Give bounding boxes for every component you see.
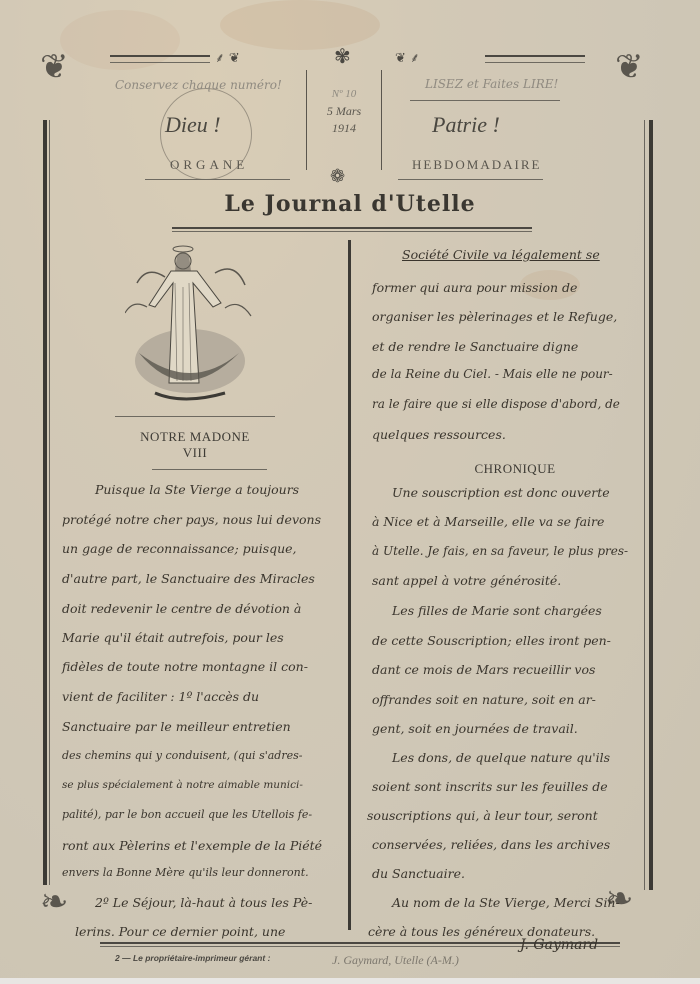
caption-title: NOTRE MADONE: [110, 429, 280, 445]
frame-border-right: [649, 120, 653, 890]
page-edge: [0, 978, 700, 984]
scroll-ornament-icon: ❦ ⸙: [395, 48, 420, 66]
frame-border-right-inner: [644, 120, 645, 890]
left-line: fidèles de toute notre montagne il con-: [62, 659, 308, 674]
left-line: vient de faciliter : 1º l'accès du: [62, 689, 259, 704]
chronique-line: Les filles de Marie sont chargées: [392, 603, 602, 618]
masthead-title: Le Journal d'Utelle: [150, 191, 550, 217]
motto-right: LISEZ et Faites LIRE!: [425, 77, 558, 91]
caps-organe: ORGANE: [170, 157, 248, 173]
script-dieu: Dieu !: [165, 112, 221, 138]
left-line: lerins. Pour ce dernier point, une: [75, 924, 285, 939]
left-line: Marie qu'il était autrefois, pour les: [62, 630, 284, 645]
header-rule: [145, 179, 290, 180]
corner-ornament-top-right-icon: ❦: [615, 50, 644, 84]
chronique-line: gent, soit en journées de travail.: [372, 721, 578, 736]
signature: J. Gaymard: [520, 937, 598, 953]
right-intro-line: Société Civile va légalement se: [402, 247, 600, 262]
motto-left: Conservez chaque numéro!: [115, 78, 282, 92]
caption-number: VIII: [110, 445, 280, 461]
right-intro-line: quelques ressources.: [372, 427, 506, 442]
left-line: Sanctuaire par le meilleur entretien: [62, 719, 291, 734]
footer-printer: J. Gaymard, Utelle (A-M.): [332, 953, 459, 968]
newspaper-page: ❦ ❦ ❧ ❧ ⸙ ❦ ❦ ⸙ ✾ Conservez chaque numér…: [0, 0, 700, 978]
chronique-line: à Nice et à Marseille, elle va se faire: [372, 514, 604, 529]
corner-ornament-bottom-left-icon: ❧: [40, 885, 69, 919]
left-line: 2º Le Séjour, là-haut à tous les Pè-: [95, 895, 312, 910]
column-divider: [348, 240, 351, 930]
madonna-illustration: [125, 243, 255, 413]
age-stain: [220, 0, 380, 50]
corner-ornament-top-left-icon: ❦: [40, 50, 69, 84]
chronique-line: dant ce mois de Mars recueillir vos: [372, 662, 595, 677]
chronique-line: soient sont inscrits sur les feuilles de: [372, 779, 608, 794]
title-rule: [172, 227, 532, 229]
chronique-line: souscriptions qui, à leur tour, seront: [367, 808, 598, 823]
left-line: des chemins qui y conduisent, (qui s'adr…: [62, 749, 302, 762]
left-line: envers la Bonne Mère qu'ils leur donnero…: [62, 866, 309, 879]
issue-number: Nº 10: [307, 88, 381, 100]
left-line: se plus spécialement à notre aimable mun…: [62, 779, 303, 791]
left-line: Puisque la Ste Vierge a toujours: [95, 482, 299, 497]
left-line: protégé notre cher pays, nous lui devons: [62, 512, 321, 527]
left-line: ront aux Pèlerins et l'exemple de la Pié…: [62, 838, 322, 853]
right-intro-line: de la Reine du Ciel. - Mais elle ne pour…: [372, 367, 613, 381]
chronique-line: offrandes soit en nature, soit en ar-: [372, 692, 596, 707]
caption-rule: [152, 469, 267, 470]
header-rule: [485, 55, 585, 57]
floral-crest-icon: ✾: [334, 44, 351, 68]
chronique-line: à Utelle. Je fais, en sa faveur, le plus…: [372, 544, 628, 558]
script-patrie: Patrie !: [432, 112, 500, 138]
chronique-line: Une souscription est donc ouverte: [392, 485, 610, 500]
header-rule: [110, 55, 210, 57]
footer-page-label: 2 — Le propriétaire-imprimeur gérant :: [115, 953, 270, 963]
chronique-line: Les dons, de quelque nature qu'ils: [392, 750, 610, 765]
chronique-line: Au nom de la Ste Vierge, Merci Sin-: [392, 895, 620, 910]
left-line: doit redevenir le centre de dévotion à: [62, 601, 301, 616]
right-intro-line: ra le faire que si elle dispose d'abord,…: [372, 397, 620, 411]
scroll-ornament-icon: ⸙ ❦: [215, 48, 240, 66]
left-line: d'autre part, le Sanctuaire des Miracles: [62, 571, 315, 586]
header-rule: [410, 100, 560, 101]
header-rule: [110, 62, 210, 63]
chronique-line: de cette Souscription; elles iront pen-: [372, 633, 611, 648]
left-line: un gage de reconnaissance; puisque,: [62, 541, 297, 556]
caption-rule: [115, 416, 275, 417]
issue-year: 1914: [307, 121, 381, 136]
right-intro-line: organiser les pèlerinages et le Refuge,: [372, 309, 617, 324]
right-intro-line: et de rendre le Sanctuaire digne: [372, 339, 578, 354]
header-rule: [485, 62, 585, 63]
chronique-line: du Sanctuaire.: [372, 866, 465, 881]
left-line: palité), par le bon accueil que les Utel…: [62, 808, 312, 821]
issue-box: Nº 10 5 Mars 1914: [306, 70, 382, 170]
section-heading-chronique: CHRONIQUE: [440, 461, 590, 477]
chronique-line: sant appel à votre générosité.: [372, 573, 561, 588]
age-stain: [60, 10, 180, 70]
title-rule: [172, 231, 532, 232]
frame-border-left: [43, 120, 47, 885]
right-intro-line: former qui aura pour mission de: [372, 280, 577, 295]
issue-date: 5 Mars: [307, 104, 381, 119]
caps-hebdomadaire: HEBDOMADAIRE: [412, 157, 541, 173]
medallion-ornament-icon: ❁: [330, 166, 345, 187]
chronique-line: conservées, reliées, dans les archives: [372, 837, 610, 852]
header-rule: [398, 179, 543, 180]
frame-border-left-inner: [49, 120, 50, 885]
